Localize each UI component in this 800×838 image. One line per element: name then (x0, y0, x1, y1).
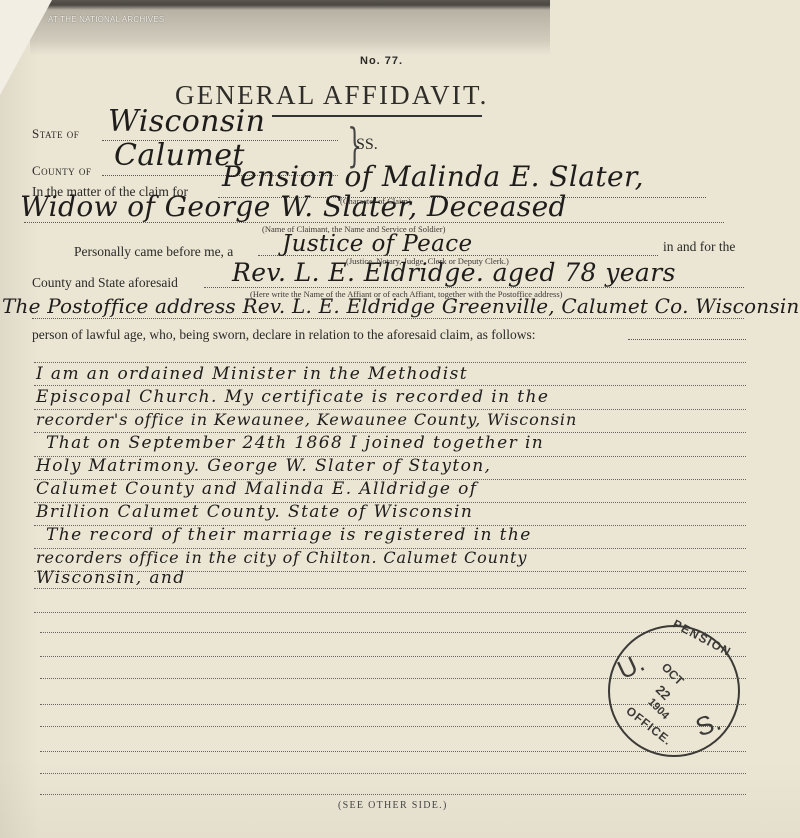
folded-corner (0, 0, 52, 95)
statement-line-2: Episcopal Church. My certificate is reco… (36, 387, 549, 407)
scan-shadow-band (30, 0, 550, 55)
official-suffix: in and for the (663, 239, 735, 255)
statement-line-8: The record of their marriage is register… (46, 525, 532, 545)
statement-line-5: Holy Matrimony. George W. Slater of Stay… (36, 456, 491, 476)
blank-ruled-line (40, 773, 746, 774)
blank-ruled-line (40, 751, 746, 752)
ruled-line (34, 385, 746, 386)
ruled-line (34, 588, 746, 589)
oath-statement: person of lawful age, who, being sworn, … (32, 327, 535, 343)
address-field-line (32, 318, 744, 319)
oath-field-line (628, 339, 746, 340)
statement-line-9: recorders office in the city of Chilton.… (36, 548, 527, 567)
stamp-s-text: S. (691, 706, 725, 744)
affiant-label: County and State aforesaid (32, 275, 178, 291)
statement-line-7: Brillion Calumet County. State of Wiscon… (36, 502, 473, 522)
statement-line-10: Wisconsin, and (36, 568, 186, 588)
stamp-u-text: U. (613, 647, 650, 686)
title-underline (272, 115, 482, 117)
form-number: No. 77. (360, 55, 403, 67)
see-other-side-note: (SEE OTHER SIDE.) (338, 800, 448, 811)
claimant-value: Widow of George W. Slater, Deceased (20, 190, 567, 223)
ruled-line (34, 362, 746, 363)
statement-line-3: recorder's office in Kewaunee, Kewaunee … (36, 410, 577, 429)
affiant-value: Rev. L. E. Eldridge. aged 78 years (232, 258, 676, 287)
stamp-pension-text: PENSION (670, 617, 734, 660)
statement-line-1: I am an ordained Minister in the Methodi… (36, 364, 468, 384)
claim-value: Pension of Malinda E. Slater, (222, 160, 644, 193)
official-value: Justice of Peace (282, 231, 473, 257)
postoffice-address: The Postoffice address Rev. L. E. Eldrid… (2, 294, 800, 318)
pension-office-date-stamp: PENSION U. S. OCT 22 1904 OFFICE. (608, 625, 740, 757)
blank-ruled-line (40, 794, 746, 795)
state-value: Wisconsin (108, 104, 265, 139)
county-label: County of (32, 163, 91, 179)
official-label: Personally came before me, a (74, 244, 233, 260)
ss-mark: SS. (356, 136, 378, 154)
statement-line-6: Calumet County and Malinda E. Alldridge … (36, 479, 477, 499)
state-label: State of (32, 126, 79, 142)
affiant-field-line (204, 287, 744, 288)
statement-line-4: That on September 24th 1868 I joined tog… (46, 433, 544, 453)
blank-ruled-line (34, 612, 746, 613)
affidavit-page: AT THE NATIONAL ARCHIVES No. 77. GENERAL… (0, 0, 800, 838)
archive-watermark: AT THE NATIONAL ARCHIVES (48, 15, 164, 24)
